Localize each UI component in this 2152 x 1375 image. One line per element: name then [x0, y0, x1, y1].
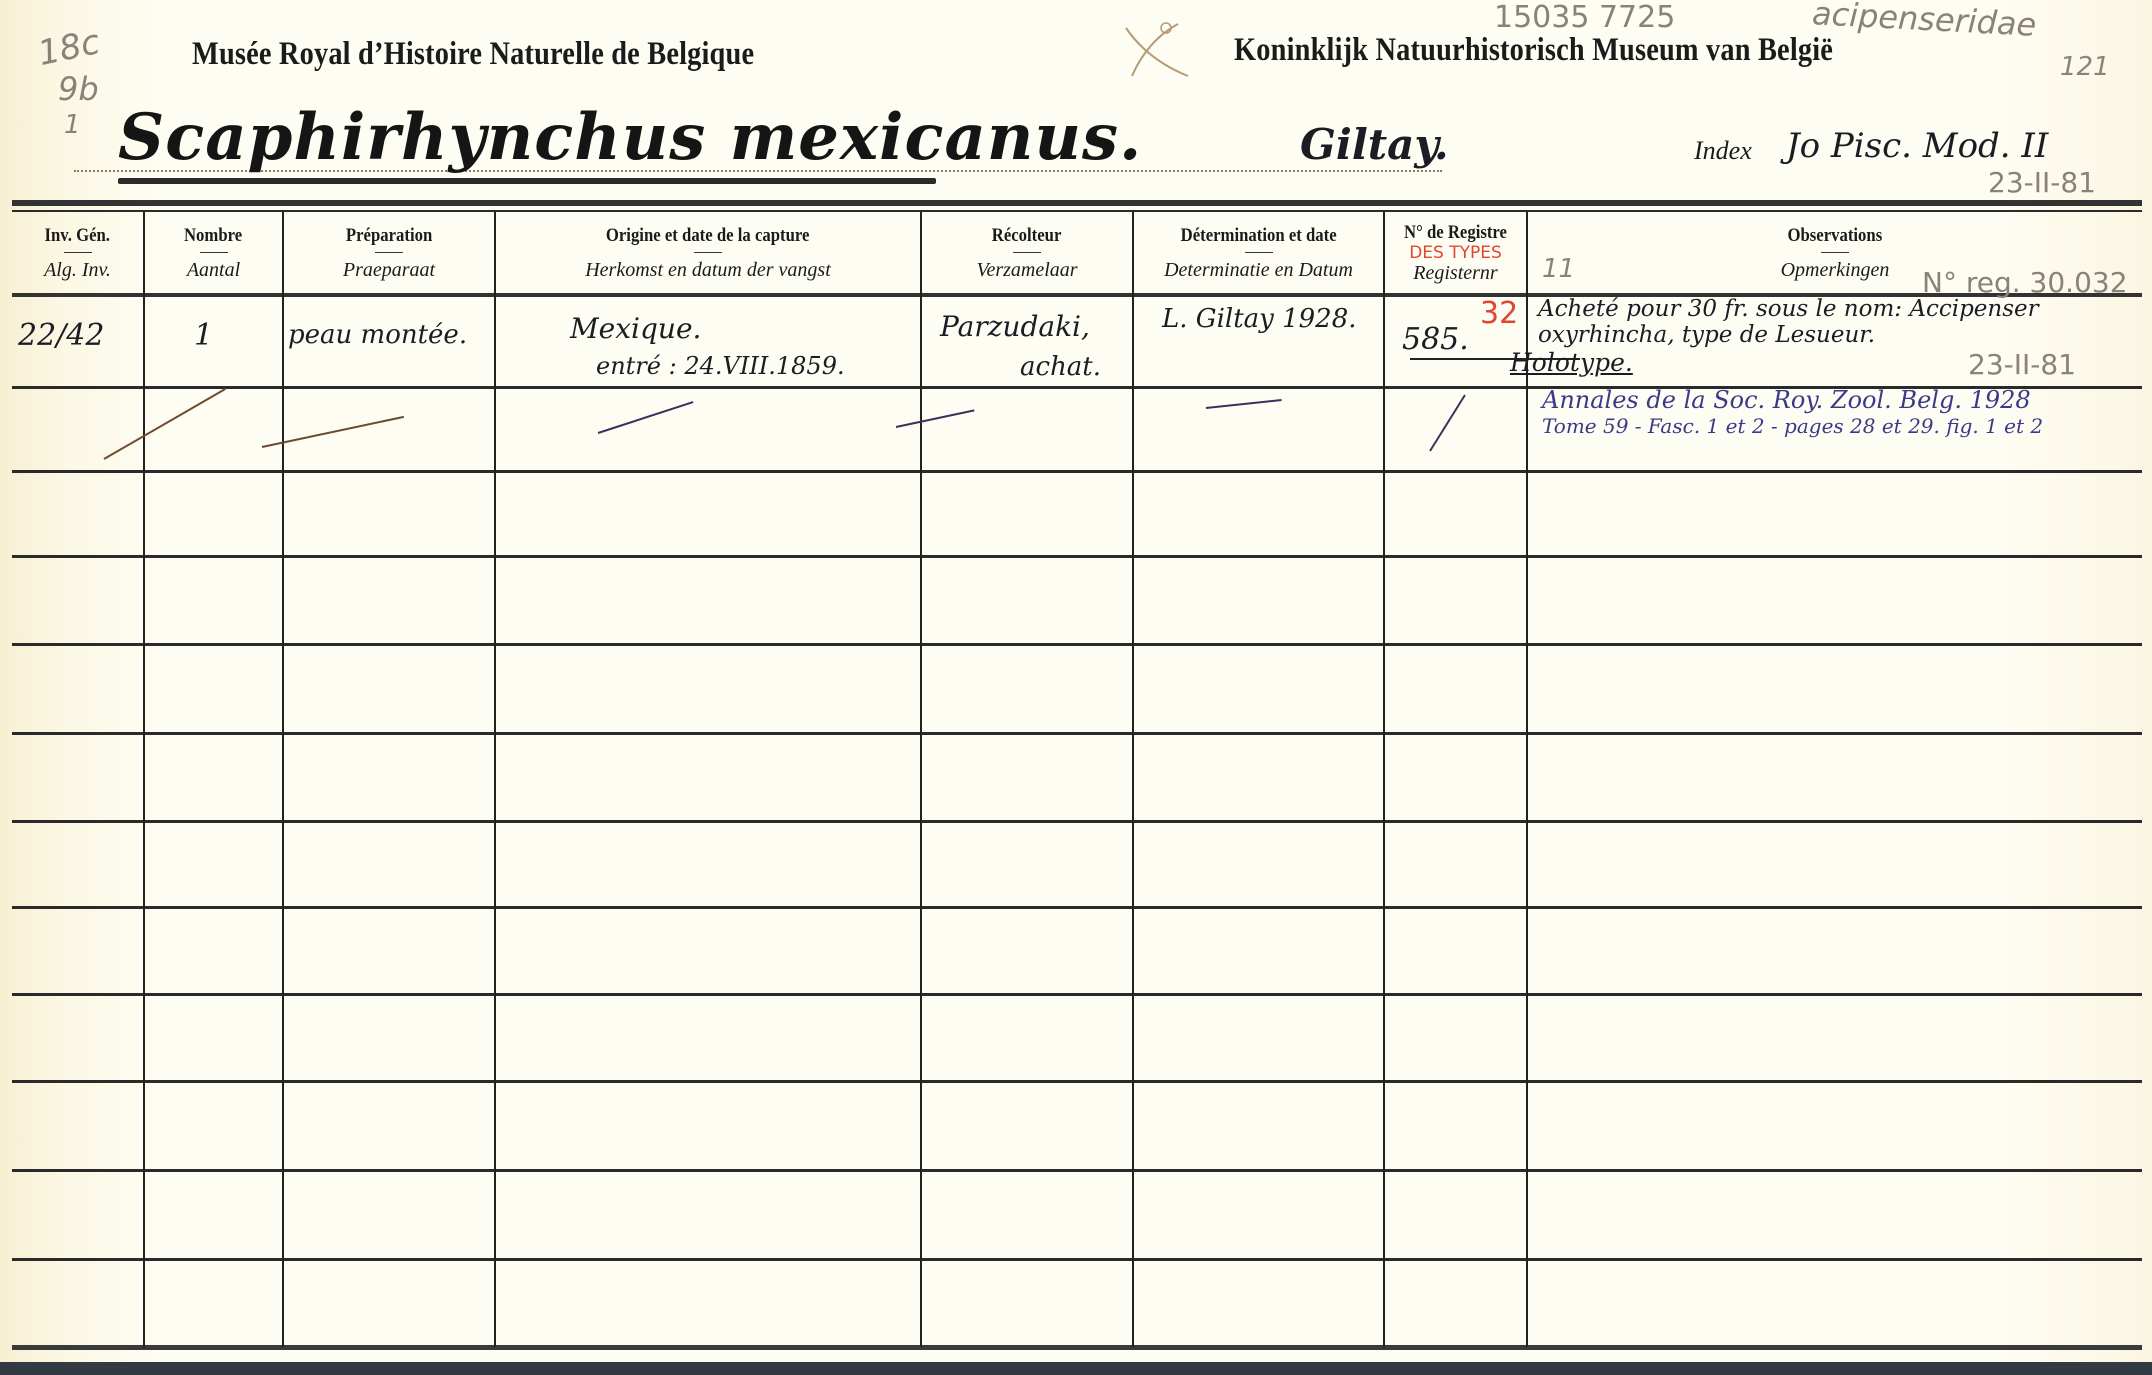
- column-header-determination: Détermination et date Determinatie en Da…: [1134, 212, 1383, 295]
- column-header-nombre-nl: Aantal: [187, 259, 240, 282]
- row1-registre: 585.: [1402, 322, 1469, 357]
- column-header-registre-types: DES TYPES: [1409, 244, 1502, 262]
- row-line: [12, 1258, 2142, 1261]
- column-divider: [1383, 212, 1385, 1347]
- register-number-note: N° reg. 30.032: [1922, 266, 2128, 299]
- card-bottom-edge: [0, 1362, 2152, 1375]
- column-header-preparation: Préparation Praeparaat: [284, 212, 494, 295]
- row-line: [12, 906, 2142, 909]
- column-header-registre: N° de Registre DES TYPES Registernr: [1385, 212, 1526, 295]
- row1-preparation: peau montée.: [288, 320, 467, 350]
- row-line: [12, 470, 2142, 473]
- column-header-recolteur: Récolteur Verzamelaar: [922, 212, 1132, 295]
- row1-registre-types: 32: [1480, 296, 1518, 331]
- header-separator: [1013, 252, 1041, 254]
- column-header-determination-nl: Determinatie en Datum: [1164, 259, 1353, 282]
- row-line: [12, 1169, 2142, 1172]
- institution-title-nl: Koninklijk Natuurhistorisch Museum van B…: [1234, 32, 1833, 69]
- column-header-preparation-fr: Préparation: [346, 225, 432, 247]
- column-divider: [282, 212, 284, 1347]
- column-header-origine-nl: Herkomst en datum der vangst: [585, 259, 831, 282]
- table-bottom-rule: [12, 1345, 2142, 1350]
- row-line: [12, 643, 2142, 646]
- row1-nombre: 1: [194, 318, 213, 353]
- row2-observations-line2: Tome 59 - Fasc. 1 et 2 - pages 28 et 29.…: [1542, 414, 2043, 438]
- pencil-note-top-left-1: 18c: [35, 22, 104, 74]
- row1-observations-date: 23-II-81: [1968, 348, 2076, 381]
- column-header-inv: Inv. Gén. Alg. Inv.: [12, 212, 143, 295]
- registry-card: 18c 9b 1 Musée Royal d’Histoire Naturell…: [0, 0, 2152, 1375]
- column-header-registre-fr: N° de Registre: [1404, 222, 1507, 244]
- row-line: [12, 820, 2142, 823]
- header-separator: [694, 252, 722, 254]
- row1-observations-line3: Holotype.: [1510, 348, 1633, 377]
- row2-observations-line1: Annales de la Soc. Roy. Zool. Belg. 1928: [1542, 386, 2031, 414]
- ditto-mark: [1206, 399, 1282, 409]
- column-header-observations-nl: Opmerkingen: [1781, 259, 1890, 282]
- column-divider: [1526, 212, 1528, 1347]
- index-date: 23-II-81: [1988, 166, 2096, 199]
- ditto-mark: [598, 401, 694, 434]
- row1-origine-line1: Mexique.: [570, 312, 701, 345]
- header-pencil-mark: 11: [1542, 254, 1575, 284]
- header-separator: [200, 252, 228, 254]
- row-line: [12, 555, 2142, 558]
- header-separator: [375, 252, 403, 254]
- header-top-rule: [12, 200, 2142, 206]
- column-divider: [1132, 212, 1134, 1347]
- column-header-origine-fr: Origine et date de la capture: [606, 225, 810, 247]
- species-underline: [118, 178, 936, 184]
- column-header-preparation-nl: Praeparaat: [343, 259, 435, 282]
- pencil-cross-mark-icon: [1118, 20, 1228, 80]
- column-header-registre-nl: Registernr: [1413, 262, 1497, 285]
- index-label: Index: [1694, 136, 1752, 166]
- row1-observations-line1: Acheté pour 30 fr. sous le nom: Accipens…: [1538, 296, 2039, 322]
- column-divider: [494, 212, 496, 1347]
- header-separator: [64, 252, 92, 254]
- pencil-note-top-left-2: 9b: [58, 70, 99, 108]
- row1-observations-line2: oxyrhincha, type de Lesueur.: [1538, 322, 1875, 348]
- institution-title-fr: Musée Royal d’Histoire Naturelle de Belg…: [192, 36, 754, 73]
- column-divider: [920, 212, 922, 1347]
- species-name: Scaphirhynchus mexicanus.: [118, 100, 1142, 175]
- column-header-observations-fr: Observations: [1788, 225, 1883, 247]
- row-line: [12, 1080, 2142, 1083]
- ditto-mark: [896, 409, 975, 428]
- pencil-family-number: 121: [2060, 52, 2110, 82]
- author-name: Giltay.: [1300, 120, 1449, 169]
- row-line: [12, 732, 2142, 735]
- header-separator: [1245, 252, 1273, 254]
- pencil-top-numbers: 15035 7725: [1494, 0, 1675, 35]
- ditto-mark: [104, 388, 226, 460]
- header-separator: [1821, 252, 1849, 254]
- pencil-note-top-left-3: 1: [64, 110, 81, 140]
- column-header-recolteur-nl: Verzamelaar: [976, 259, 1077, 282]
- column-header-nombre: Nombre Aantal: [145, 212, 282, 295]
- column-divider: [143, 212, 145, 1347]
- row-line: [12, 993, 2142, 996]
- column-header-origine: Origine et date de la capture Herkomst e…: [496, 212, 920, 295]
- pencil-family-name: acipenseridae: [1811, 0, 2037, 44]
- column-header-inv-nl: Alg. Inv.: [44, 259, 111, 282]
- column-header-determination-fr: Détermination et date: [1180, 225, 1336, 247]
- index-value: Jo Pisc. Mod. II: [1786, 126, 2048, 166]
- ditto-mark: [1429, 394, 1466, 451]
- column-header-recolteur-fr: Récolteur: [992, 225, 1062, 247]
- row1-determination: L. Giltay 1928.: [1162, 304, 1357, 334]
- row1-recolteur-line1: Parzudaki,: [940, 310, 1090, 343]
- column-header-inv-fr: Inv. Gén.: [45, 225, 111, 247]
- column-header-nombre-fr: Nombre: [184, 225, 242, 247]
- row1-inv: 22/42: [18, 318, 104, 353]
- row1-origine-line2: entré : 24.VIII.1859.: [596, 352, 845, 380]
- row1-recolteur-line2: achat.: [1020, 352, 1101, 382]
